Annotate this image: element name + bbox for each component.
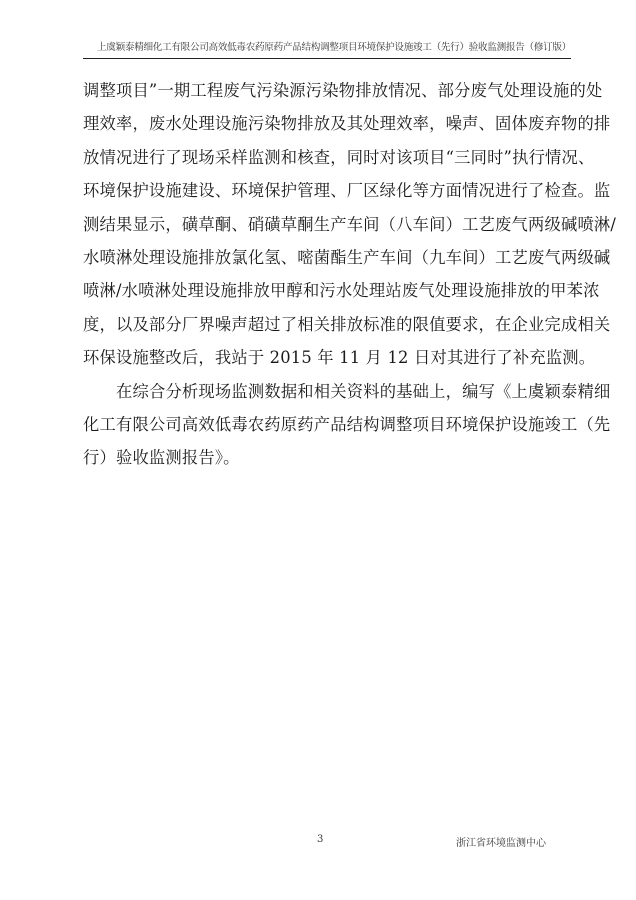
footer-organization: 浙江省环境监测中心 — [456, 834, 546, 849]
text-line: 度，以及部分厂界噪声超过了相关排放标准的限值要求，在企业完成相关 — [83, 308, 573, 341]
header-title: 上虞颖泰精细化工有限公司高效低毒农药原药产品结构调整项目环境保护设施竣工（先行）… — [97, 42, 571, 53]
text-line: 调整项目”一期工程废气污染源污染物排放情况、部分废气处理设施的处 — [83, 74, 573, 107]
text-line: 水喷淋处理设施排放氯化氢、嘧菌酯生产车间（九车间）工艺废气两级碱 — [83, 241, 573, 274]
document-body: 调整项目”一期工程废气污染源污染物排放情况、部分废气处理设施的处 理效率，废水处… — [83, 74, 573, 475]
text-line: 行）验收监测报告》。 — [83, 441, 573, 474]
text-line: 在综合分析现场监测数据和相关资料的基础上，编写《上虞颖泰精细 — [83, 375, 573, 408]
page-number: 3 — [317, 834, 323, 845]
text-line: 环保设施整改后，我站于 2015 年 11 月 12 日对其进行了补充监测。 — [83, 341, 573, 374]
text-line: 理效率，废水处理设施污染物排放及其处理效率，噪声、固体废弃物的排 — [83, 107, 573, 140]
running-header: 上虞颖泰精细化工有限公司高效低毒农药原药产品结构调整项目环境保护设施竣工（先行）… — [83, 40, 571, 59]
text-line: 环境保护设施建设、环境保护管理、厂区绿化等方面情况进行了检查。监 — [83, 174, 573, 207]
text-line: 放情况进行了现场采样监测和核查，同时对该项目“三同时”执行情况、 — [83, 141, 573, 174]
text-line: 喷淋/水喷淋处理设施排放甲醇和污水处理站废气处理设施排放的甲苯浓 — [83, 274, 573, 307]
text-line: 化工有限公司高效低毒农药原药产品结构调整项目环境保护设施竣工（先 — [83, 408, 573, 441]
text-line: 测结果显示，磺草酮、硝磺草酮生产车间（八车间）工艺废气两级碱喷淋/ — [83, 208, 573, 241]
paragraph-1: 调整项目”一期工程废气污染源污染物排放情况、部分废气处理设施的处 理效率，废水处… — [83, 74, 573, 375]
paragraph-2: 在综合分析现场监测数据和相关资料的基础上，编写《上虞颖泰精细 化工有限公司高效低… — [83, 375, 573, 475]
